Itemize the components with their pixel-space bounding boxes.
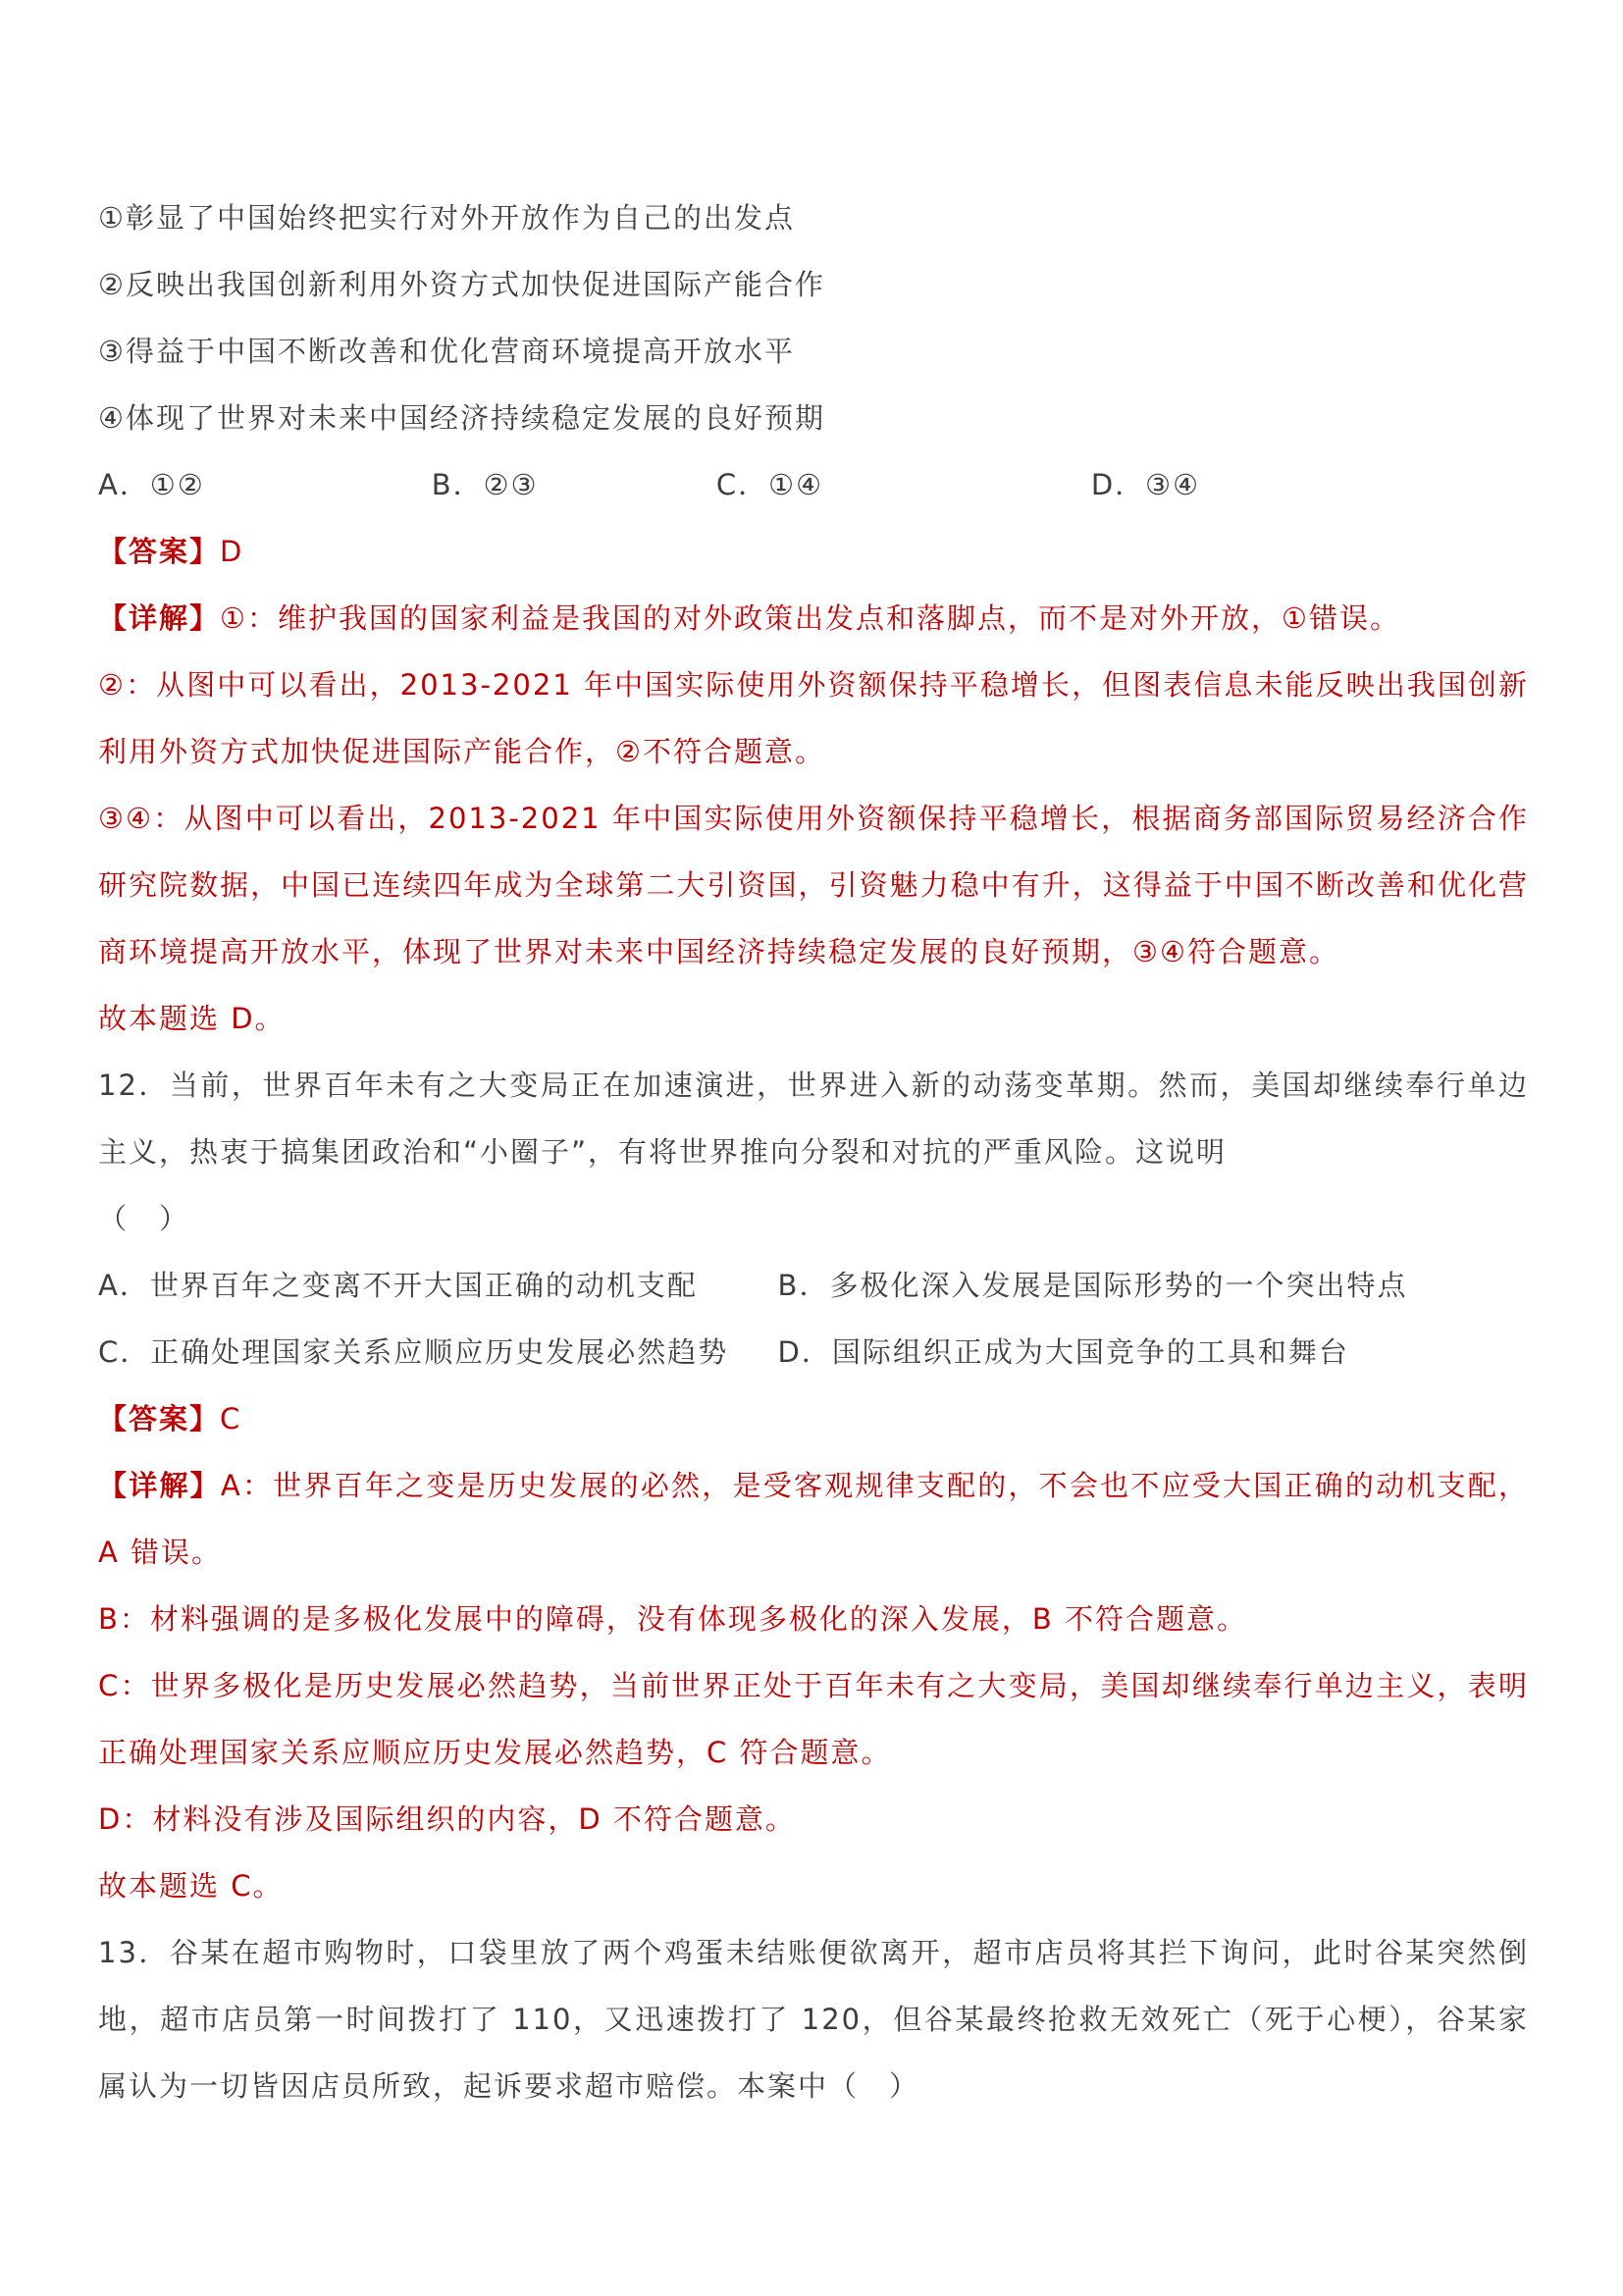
- q11-statement-4: ④体现了世界对未来中国经济持续稳定发展的良好预期: [98, 385, 1529, 451]
- q11-choice-c: C．①④: [716, 451, 1091, 518]
- q11-choice-a: A．①②: [98, 451, 432, 518]
- q13-stem: 13．谷某在超市购物时，口袋里放了两个鸡蛋未结账便欲离开，超市店员将其拦下询问，…: [98, 1919, 1529, 2119]
- answer-label: 【答案】: [98, 1402, 220, 1435]
- q12-choice-d: D．国际组织正成为大国竞争的工具和舞台: [778, 1319, 1529, 1385]
- q11-statement-3: ③得益于中国不断改善和优化营商环境提高开放水平: [98, 318, 1529, 385]
- q11-answer-value: D: [220, 535, 243, 568]
- q12-analysis-d: D：材料没有涉及国际组织的内容，D 不符合题意。: [98, 1786, 1529, 1852]
- exam-document-page: ①彰显了中国始终把实行对外开放作为自己的出发点 ②反映出我国创新利用外资方式加快…: [0, 0, 1623, 2296]
- q11-answer-line: 【答案】D: [98, 518, 1529, 585]
- q12-analysis-a-text: A：世界百年之变是历史发展的必然，是受客观规律支配的，不会也不应受大国正确的动机…: [98, 1469, 1529, 1569]
- q12-analysis-a: 【详解】A：世界百年之变是历史发展的必然，是受客观规律支配的，不会也不应受大国正…: [98, 1452, 1529, 1586]
- q12-choice-a: A．世界百年之变离不开大国正确的动机支配: [98, 1252, 778, 1319]
- q12-choice-c: C．正确处理国家关系应顺应历史发展必然趋势: [98, 1319, 778, 1385]
- q12-choices-row-1: A．世界百年之变离不开大国正确的动机支配 B．多极化深入发展是国际形势的一个突出…: [98, 1252, 1529, 1319]
- q12-choices-row-2: C．正确处理国家关系应顺应历史发展必然趋势 D．国际组织正成为大国竞争的工具和舞…: [98, 1319, 1529, 1385]
- q12-analysis-c: C：世界多极化是历史发展必然趋势，当前世界正处于百年未有之大变局，美国却继续奉行…: [98, 1652, 1529, 1786]
- q11-analysis-1-text: ①：维护我国的国家利益是我国的对外政策出发点和落脚点，而不是对外开放，①错误。: [220, 601, 1400, 635]
- answer-label: 【答案】: [98, 535, 220, 568]
- q12-bracket: （ ）: [98, 1185, 1529, 1252]
- q12-stem: 12．当前，世界百年未有之大变局正在加速演进，世界进入新的动荡变革期。然而，美国…: [98, 1052, 1529, 1185]
- q12-choice-b: B．多极化深入发展是国际形势的一个突出特点: [778, 1252, 1529, 1319]
- q12-conclusion: 故本题选 C。: [98, 1852, 1529, 1919]
- q11-statement-1: ①彰显了中国始终把实行对外开放作为自己的出发点: [98, 184, 1529, 251]
- q11-statement-2: ②反映出我国创新利用外资方式加快促进国际产能合作: [98, 251, 1529, 318]
- analysis-label: 【详解】: [98, 601, 220, 635]
- q11-choice-b: B．②③: [432, 451, 716, 518]
- q11-choices-row: A．①② B．②③ C．①④ D．③④: [98, 451, 1529, 518]
- q12-analysis-b: B：材料强调的是多极化发展中的障碍，没有体现多极化的深入发展，B 不符合题意。: [98, 1586, 1529, 1652]
- q12-answer-value: C: [220, 1402, 241, 1435]
- q11-analysis-1: 【详解】①：维护我国的国家利益是我国的对外政策出发点和落脚点，而不是对外开放，①…: [98, 585, 1529, 652]
- q11-choice-d: D．③④: [1091, 451, 1529, 518]
- q11-analysis-3: ③④：从图中可以看出，2013-2021 年中国实际使用外资额保持平稳增长，根据…: [98, 785, 1529, 985]
- analysis-label: 【详解】: [98, 1469, 221, 1502]
- q11-analysis-2: ②：从图中可以看出，2013-2021 年中国实际使用外资额保持平稳增长，但图表…: [98, 652, 1529, 785]
- q12-answer-line: 【答案】C: [98, 1385, 1529, 1452]
- q11-conclusion: 故本题选 D。: [98, 985, 1529, 1052]
